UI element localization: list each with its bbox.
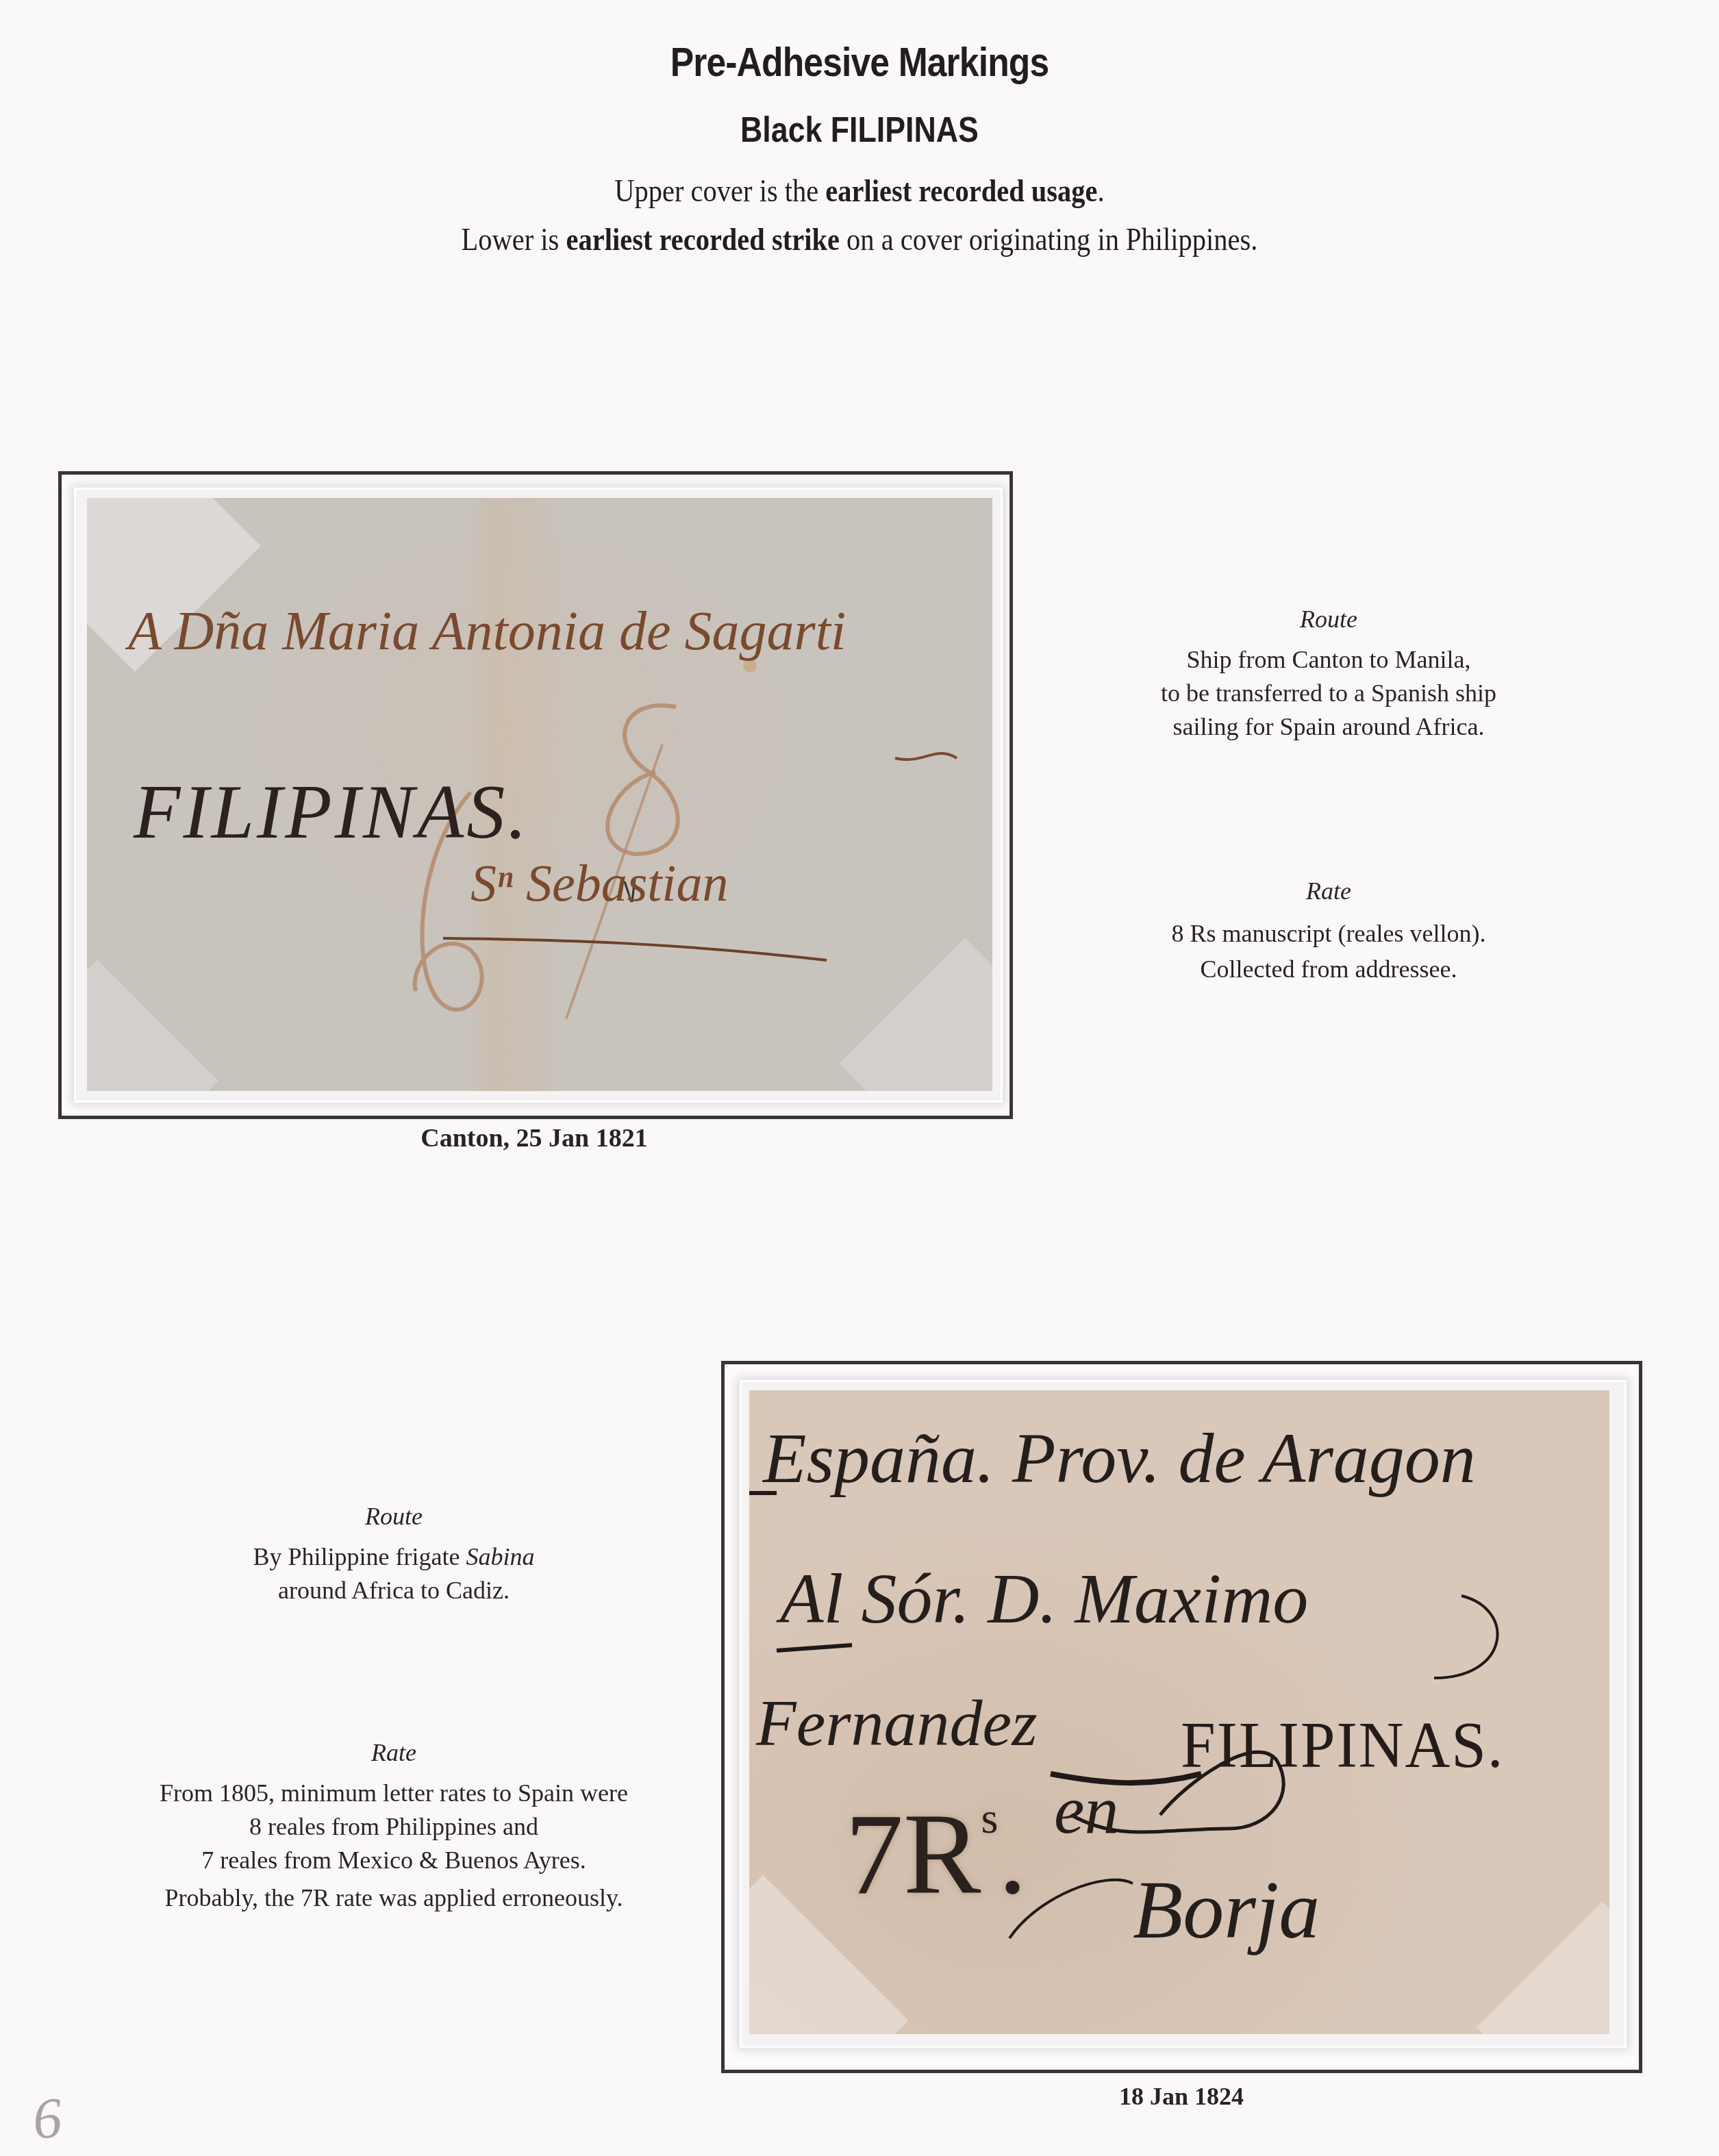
lower-address-line-3: Fernandez [756, 1685, 1038, 1761]
upper-rate-block: Rate 8 Rs manuscript (reales vellon). Co… [1109, 873, 1548, 987]
lower-route-label: Route [103, 1500, 685, 1533]
lower-address-line-2: Al Sór. D. Maximo [780, 1558, 1308, 1640]
page-subtitle: Black FILIPINAS [121, 110, 1599, 151]
lower-rate-line: From 1805, minimum letter rates to Spain… [103, 1777, 685, 1810]
lower-route-line: By Philippine frigate Sabina [103, 1540, 685, 1574]
intro-line-upper: Upper cover is the earliest recorded usa… [103, 173, 1616, 209]
upper-route-line: Ship from Canton to Manila, [1109, 643, 1548, 677]
lower-address-line-4: en [1054, 1770, 1118, 1849]
upper-cover-image: A Dña Maria Antonia de Sagarti FILIPINAS… [87, 498, 992, 1091]
lower-rate-line: 8 reales from Philippines and [103, 1810, 685, 1844]
upper-address-line-1: A Dña Maria Antonia de Sagarti [128, 601, 846, 663]
lower-rate-handstamp: 7Rs. [845, 1788, 1027, 1921]
lower-filipinas-handstamp: FILIPINAS. [1181, 1707, 1505, 1783]
upper-cover-caption: Canton, 25 Jan 1821 [329, 1123, 740, 1153]
intro-line-lower: Lower is earliest recorded strike on a c… [103, 221, 1616, 258]
page-title: Pre-Adhesive Markings [121, 38, 1599, 86]
upper-address-line-2: Sⁿ Sebastian [470, 854, 728, 914]
upper-route-block: Route Ship from Canton to Manila, to be … [1109, 603, 1548, 744]
lower-route-line: around Africa to Cadiz. [103, 1574, 685, 1607]
lower-route-block: Route By Philippine frigate Sabina aroun… [103, 1500, 685, 1607]
lower-rate-label: Rate [103, 1736, 685, 1770]
lower-cover-image: España. Prov. de Aragon Al Sór. D. Maxim… [749, 1390, 1609, 2034]
upper-rate-line: Collected from addressee. [1109, 951, 1548, 987]
upper-rate-line: 8 Rs manuscript (reales vellon). [1109, 916, 1548, 951]
lower-cover-caption: 18 Jan 1824 [976, 2082, 1387, 2111]
upper-rate-label: Rate [1109, 873, 1548, 909]
lower-rate-line: Probably, the 7R rate was applied errone… [103, 1881, 685, 1915]
lower-rate-block: Rate From 1805, minimum letter rates to … [103, 1736, 685, 1915]
upper-filipinas-handstamp: FILIPINAS. [134, 768, 529, 857]
page-number: 6 [31, 2085, 64, 2153]
lower-rate-line: 7 reales from Mexico & Buenos Ayres. [103, 1844, 685, 1877]
upper-route-label: Route [1109, 603, 1548, 636]
lower-address-line-5: Borja [1133, 1863, 1320, 1957]
upper-route-line: to be transferred to a Spanish ship [1109, 677, 1548, 710]
lower-address-line-1: España. Prov. de Aragon [763, 1418, 1476, 1499]
upper-route-line: sailing for Spain around Africa. [1109, 710, 1548, 744]
